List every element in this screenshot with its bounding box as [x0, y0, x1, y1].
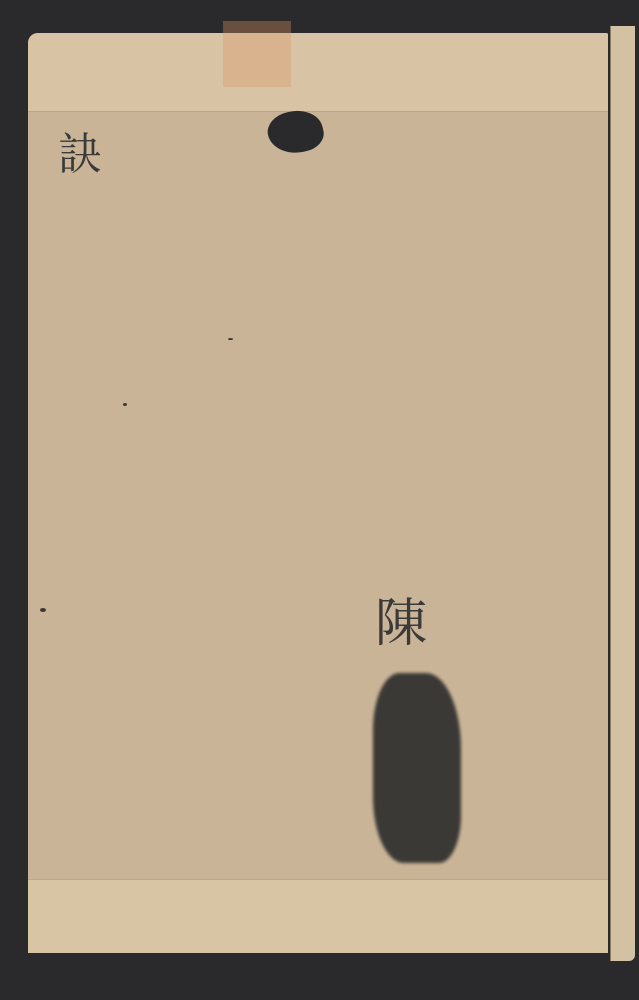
- bottom-paper-band: [28, 879, 608, 953]
- paper-speck: [40, 608, 46, 612]
- paper-damage-hole: [264, 106, 327, 159]
- book-page: 訣 陳: [28, 33, 608, 953]
- character-jue: 訣: [58, 133, 102, 177]
- faded-stamp-mark: [223, 21, 291, 87]
- ink-seal-smudge: [373, 673, 461, 863]
- paper-speck: [123, 403, 127, 406]
- top-paper-band: [28, 33, 608, 112]
- adjacent-page-edge: [610, 26, 635, 961]
- paper-speck: [228, 338, 233, 340]
- character-chen: 陳: [375, 598, 427, 650]
